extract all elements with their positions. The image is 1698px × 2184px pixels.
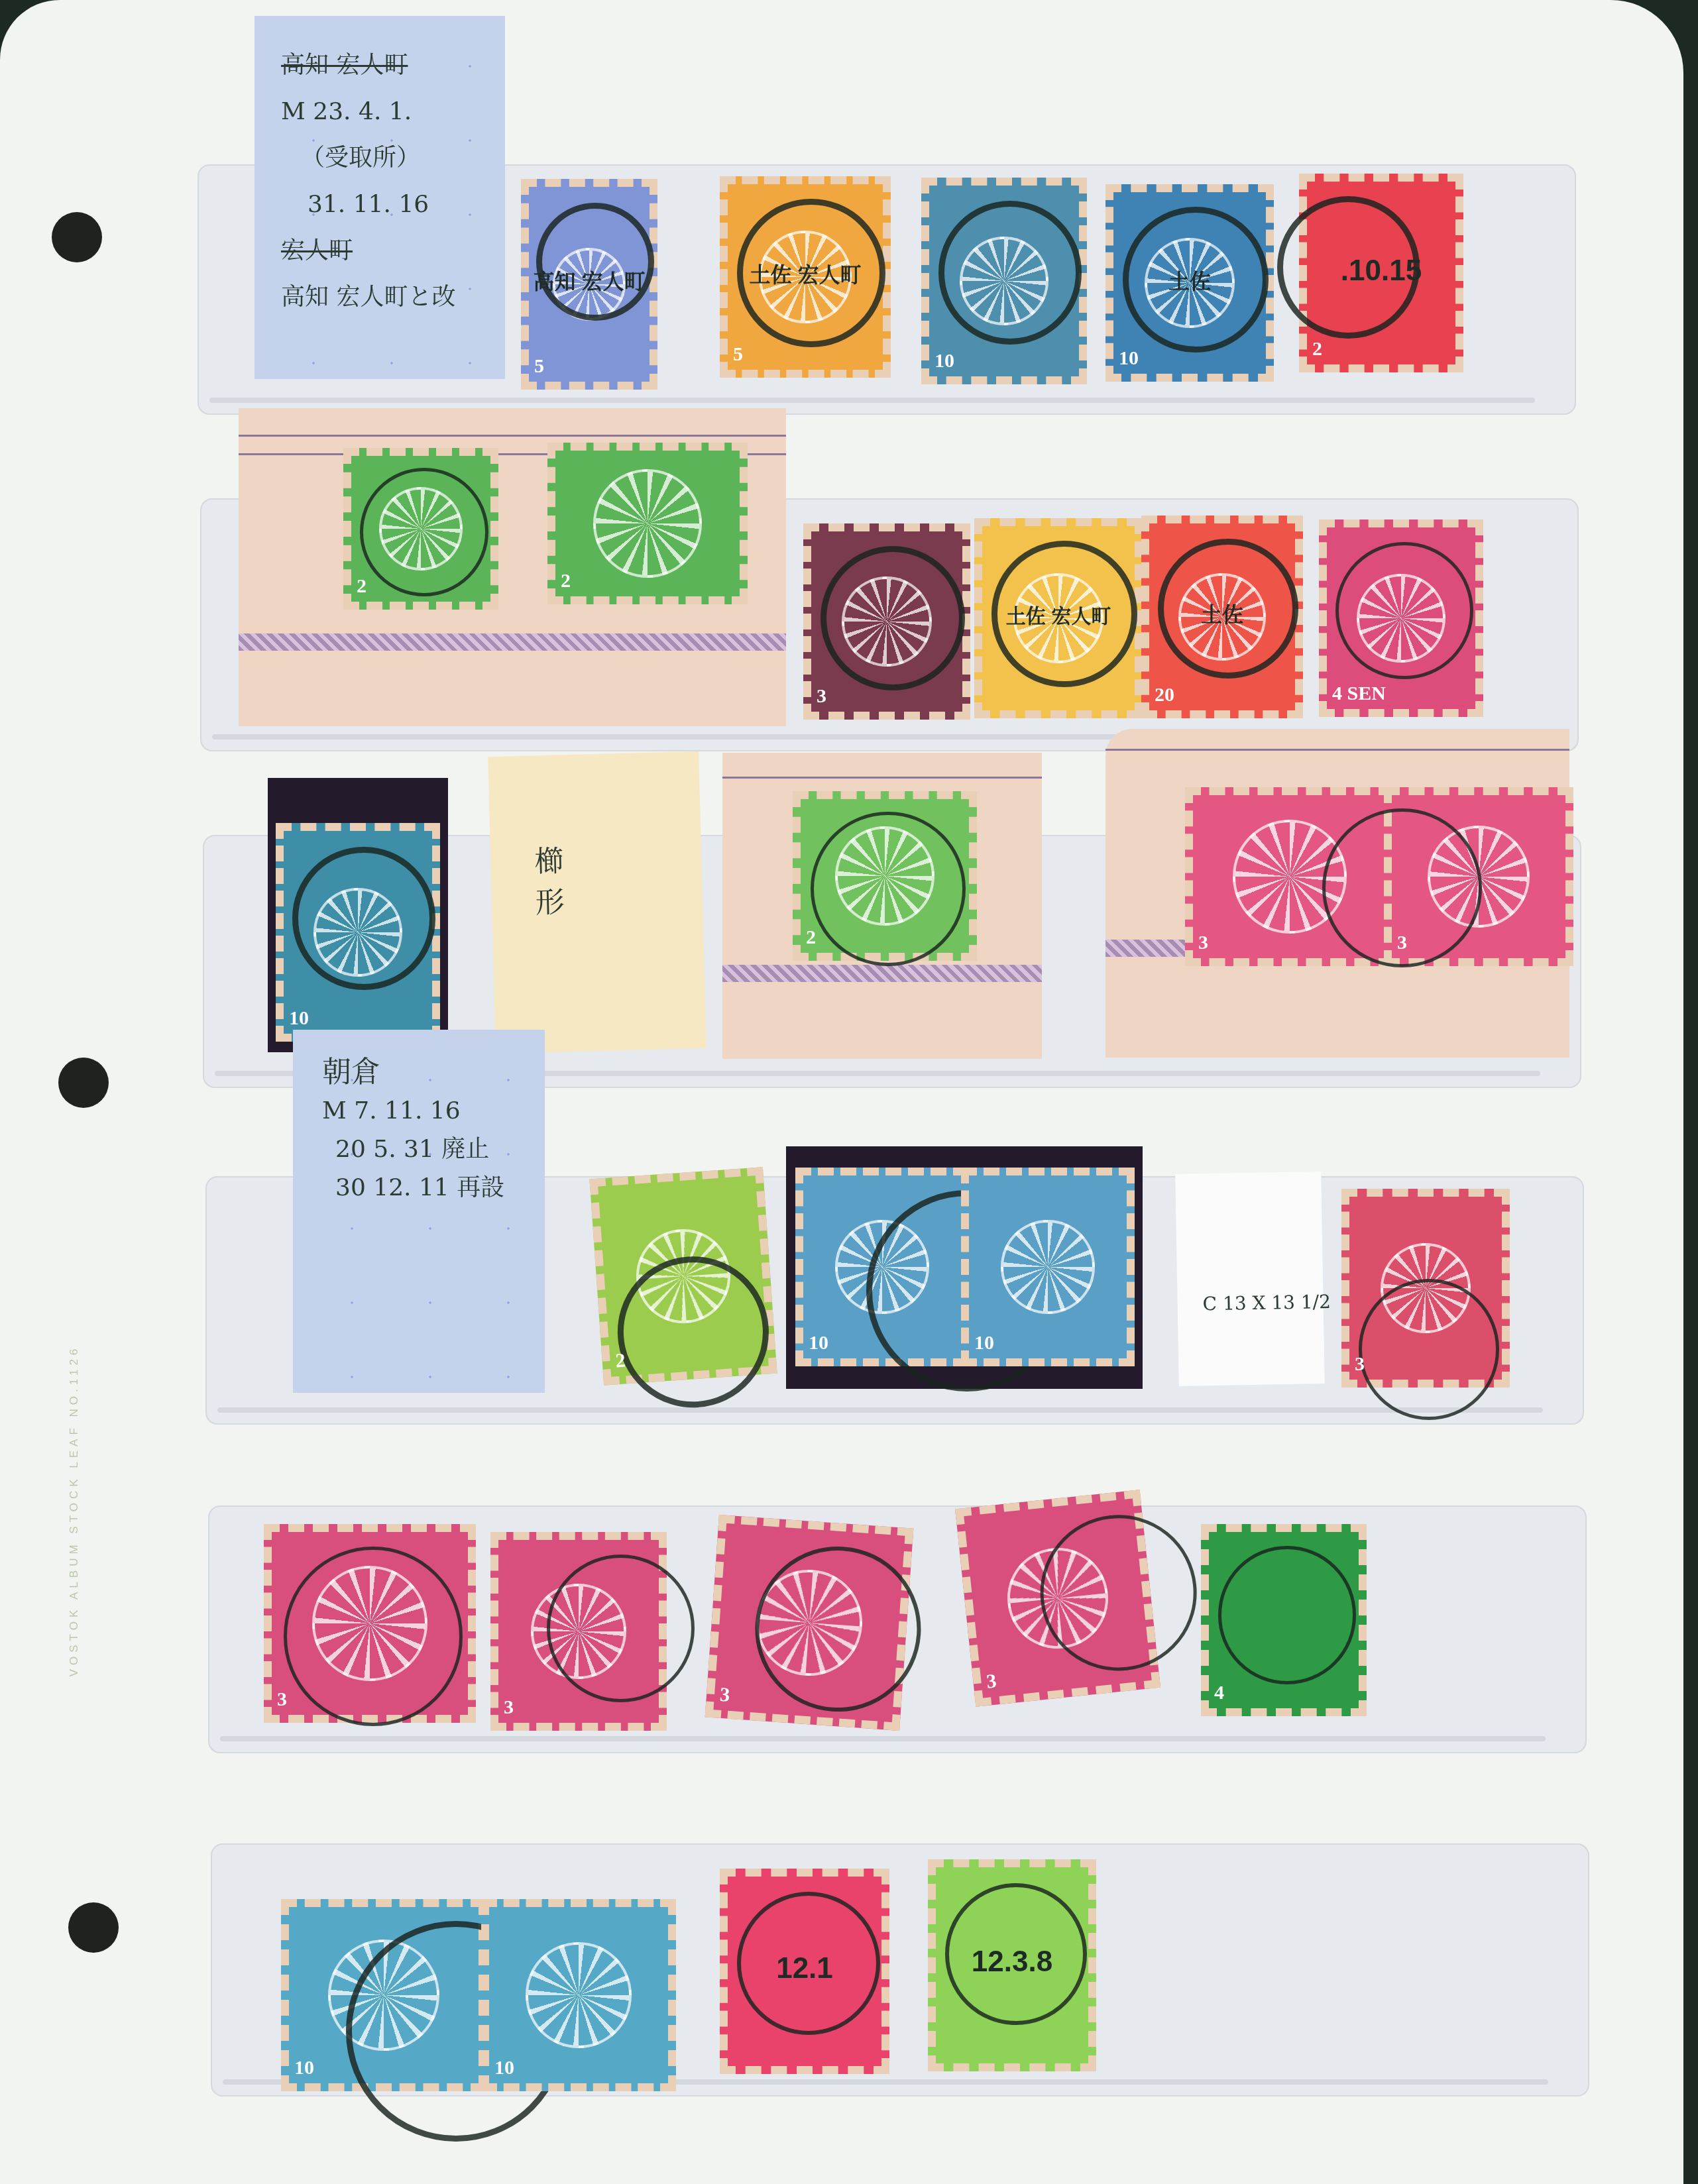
note-line: 宏人町 [281,228,505,274]
stamp: 土佐 宏人町 5 [720,176,891,378]
stamp: 3 [1341,1189,1510,1388]
stamp: 土佐 宏人町 [974,518,1143,718]
note-perf: C 13 X 13 1/2 [1175,1172,1325,1386]
note-asakura: 朝倉 M 7. 11. 16 20 5. 31 廃止 30 12. 11 再設 [293,1030,545,1393]
punch-hole [58,1058,109,1108]
stamp: 12.3.8 [928,1859,1096,2071]
stamp: 4 [1201,1524,1367,1716]
note-line: 櫛 [534,838,703,883]
punch-hole [52,212,102,262]
note-line: M 23. 4. 1. [281,89,505,135]
stamp: 10 [961,1168,1135,1366]
stamp: 土佐 10 [1105,184,1274,382]
note-perf-text: C 13 X 13 1/2 [1202,1291,1324,1315]
stamp: 3 [803,523,970,720]
stamp: 2 [793,791,977,961]
album-imprint: VOSTOK ALBUM STOCK LEAF NO.1126 [61,1325,87,1696]
stamp: 10 [276,823,440,1042]
stamp: 土佐 20 [1141,516,1303,718]
stamp: 3 [264,1524,476,1723]
note-line: 形 [535,879,703,924]
stamp: .10.15 2 [1299,174,1463,372]
stamp: 2 [343,448,498,610]
stamp: 2 [547,443,748,604]
note-yellow: 櫛 形 [488,751,707,1054]
album-page: VOSTOK ALBUM STOCK LEAF NO.1126 高知 宏人町 M… [0,0,1683,2184]
stamp: 10 [281,1899,486,2091]
note-kochi-hojinmachi: 高知 宏人町 M 23. 4. 1. （受取所） 31. 11. 16 宏人町 … [255,16,505,379]
note-line: 20 5. 31 廃止 [322,1130,545,1169]
stamp: 3 [490,1532,667,1731]
stamp: 10 [921,178,1087,384]
stamp: 10 [795,1168,969,1366]
note-line: 30 12. 11 再設 [322,1169,545,1207]
note-line: 朝倉 [322,1054,545,1092]
note-line: （受取所） [281,135,505,182]
stamp: 12.1 [720,1869,889,2074]
stamp: 3 [1384,787,1573,966]
stamp: 10 [481,1899,676,2091]
note-line: 高知 宏人町と改 [281,274,505,321]
note-line: M 7. 11. 16 [322,1092,545,1130]
stamp: 3 [955,1490,1160,1707]
stamp: 高知 宏人町 5 [521,179,657,390]
punch-hole [68,1902,119,1953]
note-line: 高知 宏人町 [281,42,505,89]
stamp: 4 SEN [1319,519,1483,717]
note-line: 31. 11. 16 [281,182,505,228]
stamp: 3 [705,1515,914,1731]
stamp: 2 [589,1167,777,1386]
